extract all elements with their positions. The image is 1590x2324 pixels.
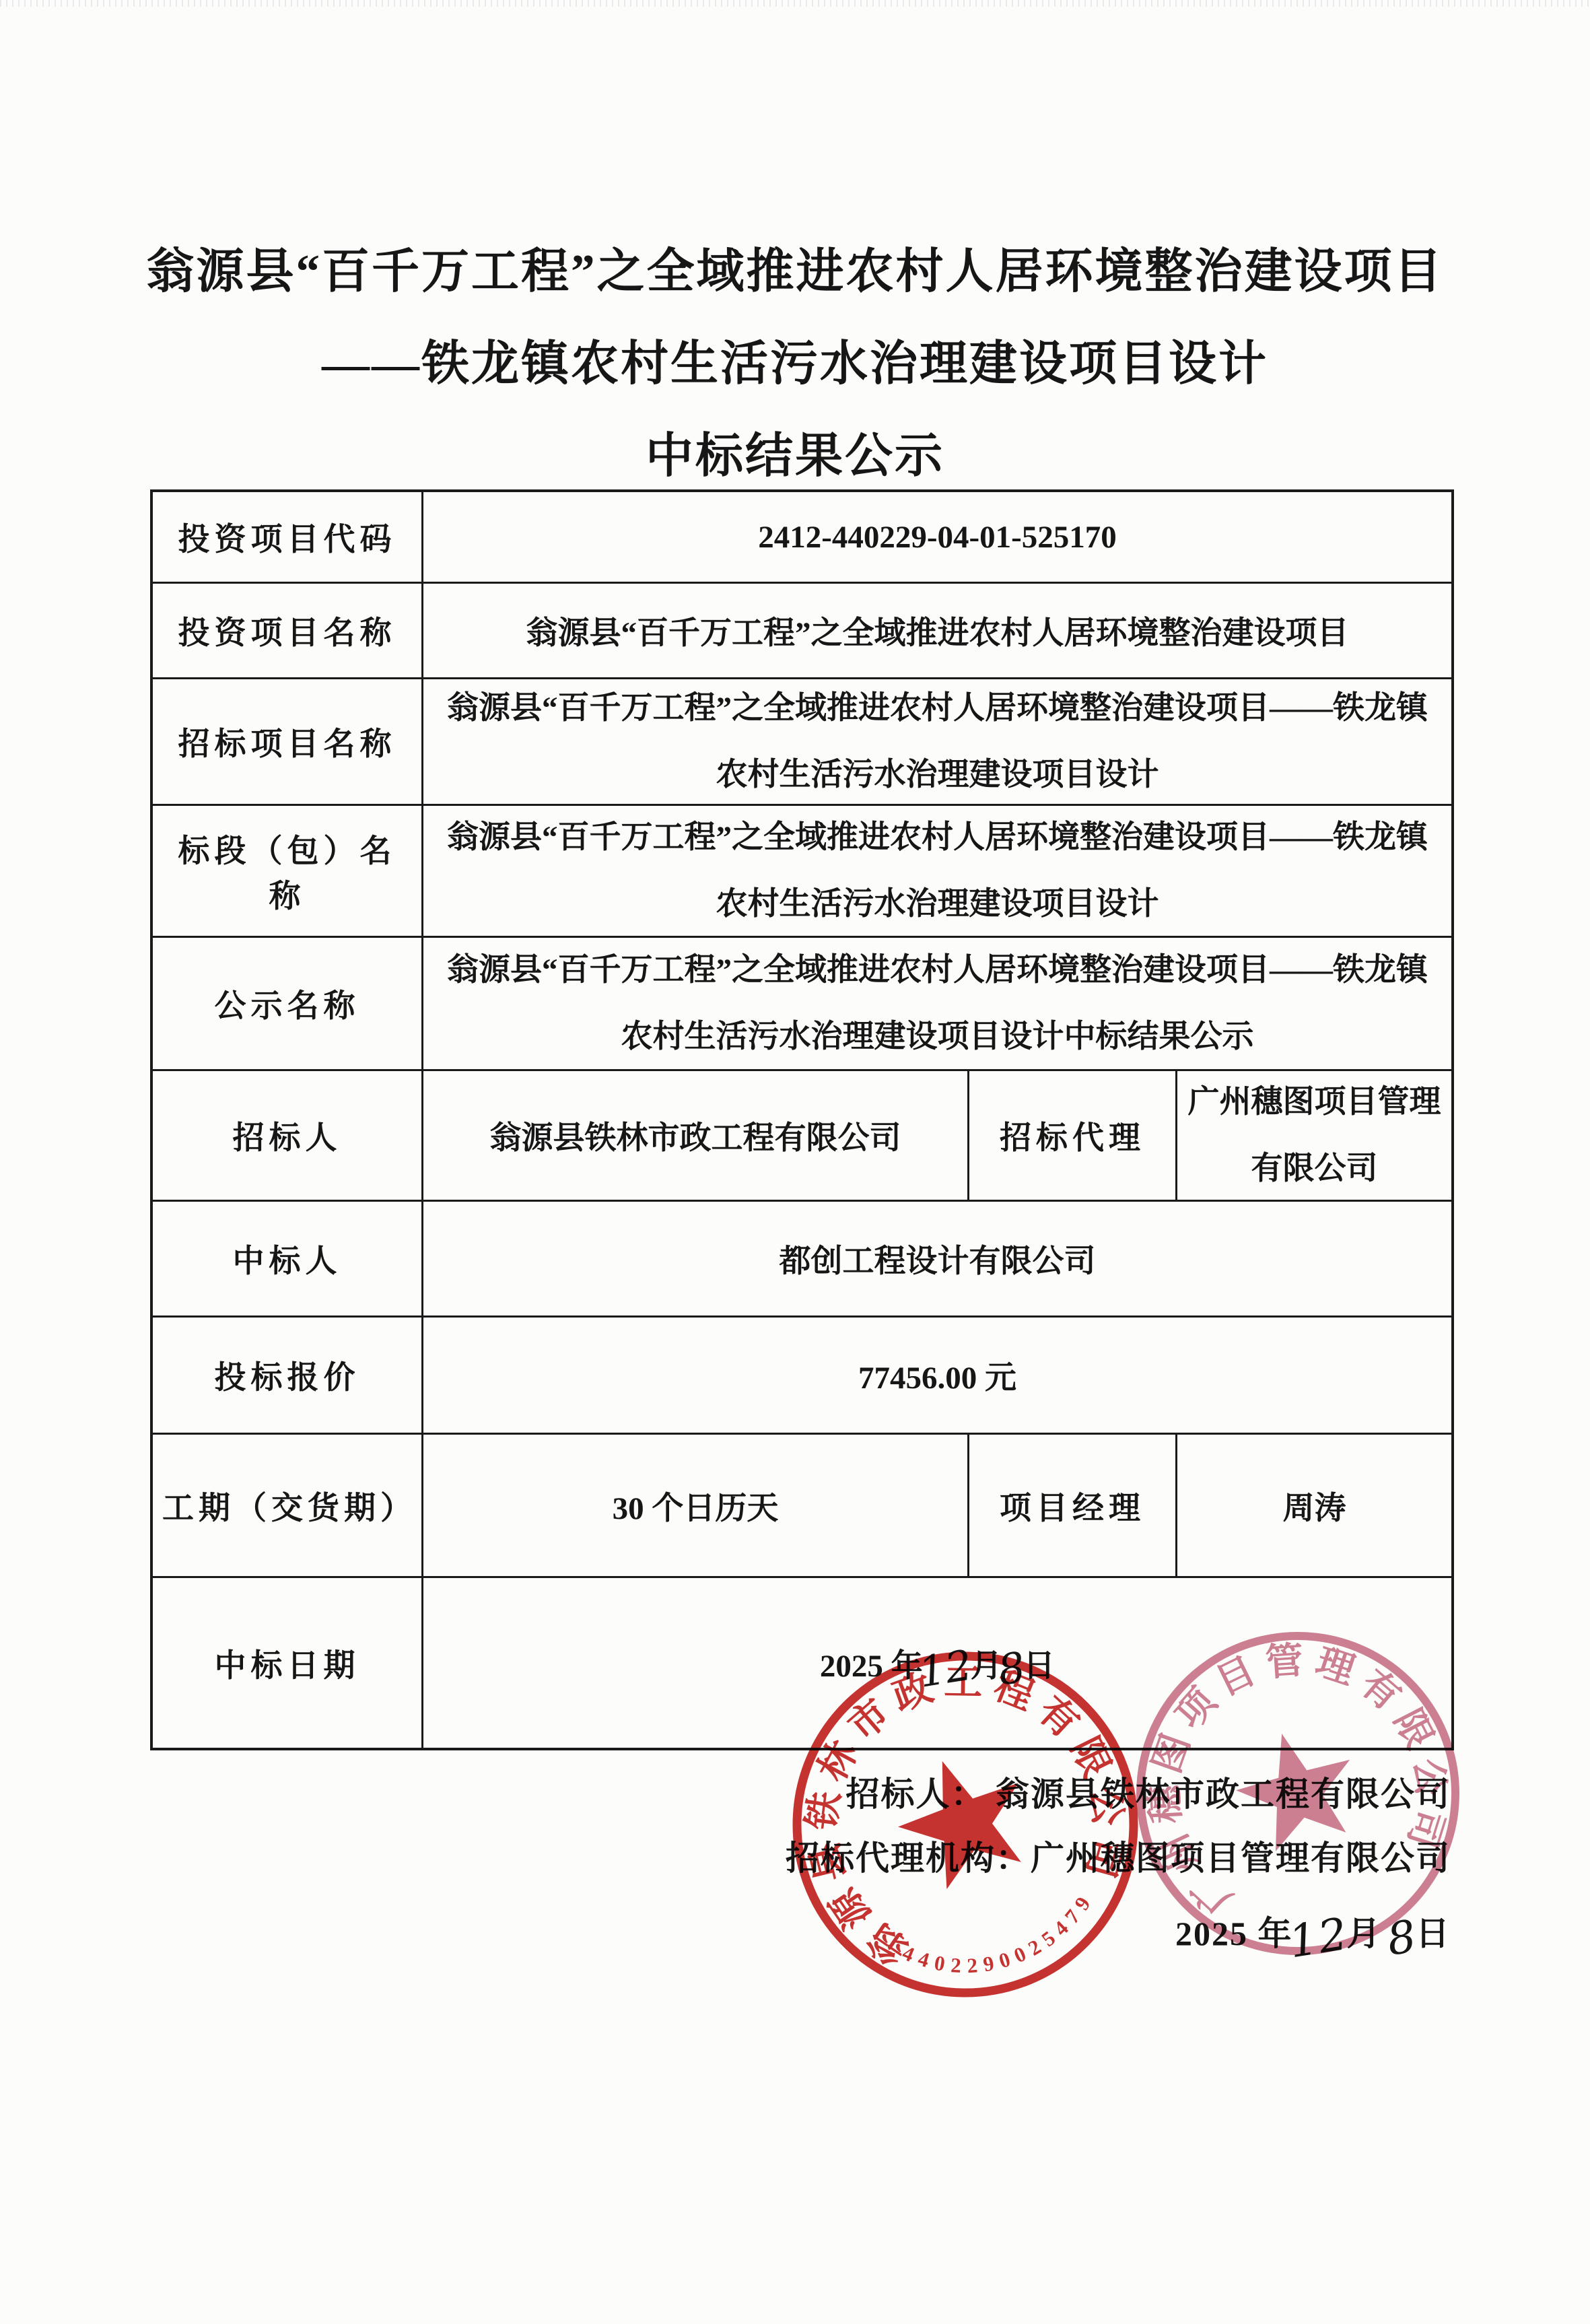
footer-agency-line: 招标代理机构：广州穗图项目管理有限公司 bbox=[786, 1836, 1451, 1880]
footer-date-day-unit: 日 bbox=[1416, 1915, 1451, 1952]
value-project-manager: 周涛 bbox=[1177, 1435, 1451, 1578]
value-award-date: 2025 年12月8日 bbox=[423, 1578, 1451, 1748]
value-investment-project-name: 翁源县“百千万工程”之全域推进农村人居环境整治建设项目 bbox=[423, 584, 1451, 679]
label-tender-agent: 招标代理 bbox=[969, 1071, 1177, 1202]
award-date-year: 2025 年 bbox=[820, 1641, 923, 1686]
document-title: 翁源县“百千万工程”之全域推进农村人居环境整治建设项目 ——铁龙镇农村生活污水治… bbox=[0, 226, 1590, 503]
award-date-month-handwritten: 12 bbox=[915, 1644, 975, 1694]
document-title-line-1: 翁源县“百千万工程”之全域推进农村人居环境整治建设项目 bbox=[0, 226, 1590, 318]
label-construction-period: 工期（交货期） bbox=[153, 1435, 423, 1578]
value-bid-price: 77456.00 元 bbox=[423, 1318, 1451, 1435]
footer-date-line: 2025 年12月 8日 bbox=[1175, 1908, 1451, 1956]
value-tender-project-name-line2: 农村生活污水治理建设项目设计 bbox=[716, 742, 1159, 809]
value-tender-agent: 广州穗图项目管理 有限公司 bbox=[1177, 1071, 1451, 1202]
footer-date-year: 2025 年 bbox=[1175, 1915, 1293, 1952]
value-tender-agent-line1: 广州穗图项目管理 bbox=[1188, 1069, 1441, 1136]
award-date-day-unit: 日 bbox=[1023, 1641, 1055, 1686]
value-investment-project-code: 2412-440229-04-01-525170 bbox=[423, 492, 1451, 584]
award-date: 2025 年12月8日 bbox=[820, 1641, 1055, 1686]
label-bid-price: 投标报价 bbox=[153, 1318, 423, 1435]
label-winning-bidder: 中标人 bbox=[153, 1202, 423, 1318]
label-lot-package-name: 标段（包）名称 bbox=[153, 806, 423, 938]
footer-date-month-handwritten: 12 bbox=[1286, 1912, 1351, 1965]
footer-date-day-handwritten: 8 bbox=[1384, 1914, 1420, 1962]
label-investment-project-code: 投资项目代码 bbox=[153, 492, 423, 584]
scanned-document-page: 翁源县“百千万工程”之全域推进农村人居环境整治建设项目 ——铁龙镇农村生活污水治… bbox=[0, 0, 1590, 2324]
footer-tenderer-line: 招标人： 翁源县铁林市政工程有限公司 bbox=[846, 1772, 1451, 1816]
value-winning-bidder: 都创工程设计有限公司 bbox=[423, 1202, 1451, 1318]
label-announcement-name: 公示名称 bbox=[153, 938, 423, 1071]
value-tender-project-name-line1: 翁源县“百千万工程”之全域推进农村人居环境整治建设项目——铁龙镇 bbox=[447, 675, 1428, 742]
scan-artifact bbox=[0, 0, 1590, 7]
value-tender-project-name: 翁源县“百千万工程”之全域推进农村人居环境整治建设项目——铁龙镇 农村生活污水治… bbox=[423, 679, 1451, 806]
label-project-manager: 项目经理 bbox=[969, 1435, 1177, 1578]
document-title-line-2: ——铁龙镇农村生活污水治理建设项目设计 bbox=[0, 318, 1590, 411]
label-tenderer: 招标人 bbox=[153, 1071, 423, 1202]
bid-result-table: 投资项目代码 2412-440229-04-01-525170 投资项目名称 翁… bbox=[150, 489, 1454, 1750]
label-tender-project-name: 招标项目名称 bbox=[153, 679, 423, 806]
value-announcement-name-line1: 翁源县“百千万工程”之全域推进农村人居环境整治建设项目——铁龙镇 bbox=[447, 937, 1428, 1004]
value-announcement-name: 翁源县“百千万工程”之全域推进农村人居环境整治建设项目——铁龙镇 农村生活污水治… bbox=[423, 938, 1451, 1071]
svg-text:4402290025479: 4402290025479 bbox=[893, 1875, 1111, 2006]
label-investment-project-name: 投资项目名称 bbox=[153, 584, 423, 679]
value-announcement-name-line2: 农村生活污水治理建设项目设计中标结果公示 bbox=[621, 1004, 1254, 1070]
value-construction-period: 30 个日历天 bbox=[423, 1435, 969, 1578]
value-tenderer: 翁源县铁林市政工程有限公司 bbox=[423, 1071, 969, 1202]
value-lot-package-name-line1: 翁源县“百千万工程”之全域推进农村人居环境整治建设项目——铁龙镇 bbox=[447, 805, 1428, 871]
label-award-date: 中标日期 bbox=[153, 1578, 423, 1748]
value-lot-package-name-line2: 农村生活污水治理建设项目设计 bbox=[716, 871, 1159, 938]
value-lot-package-name: 翁源县“百千万工程”之全域推进农村人居环境整治建设项目——铁龙镇 农村生活污水治… bbox=[423, 806, 1451, 938]
stamp-serial-number: 4402290025479 bbox=[893, 1875, 1111, 2006]
value-tender-agent-line2: 有限公司 bbox=[1251, 1136, 1378, 1202]
